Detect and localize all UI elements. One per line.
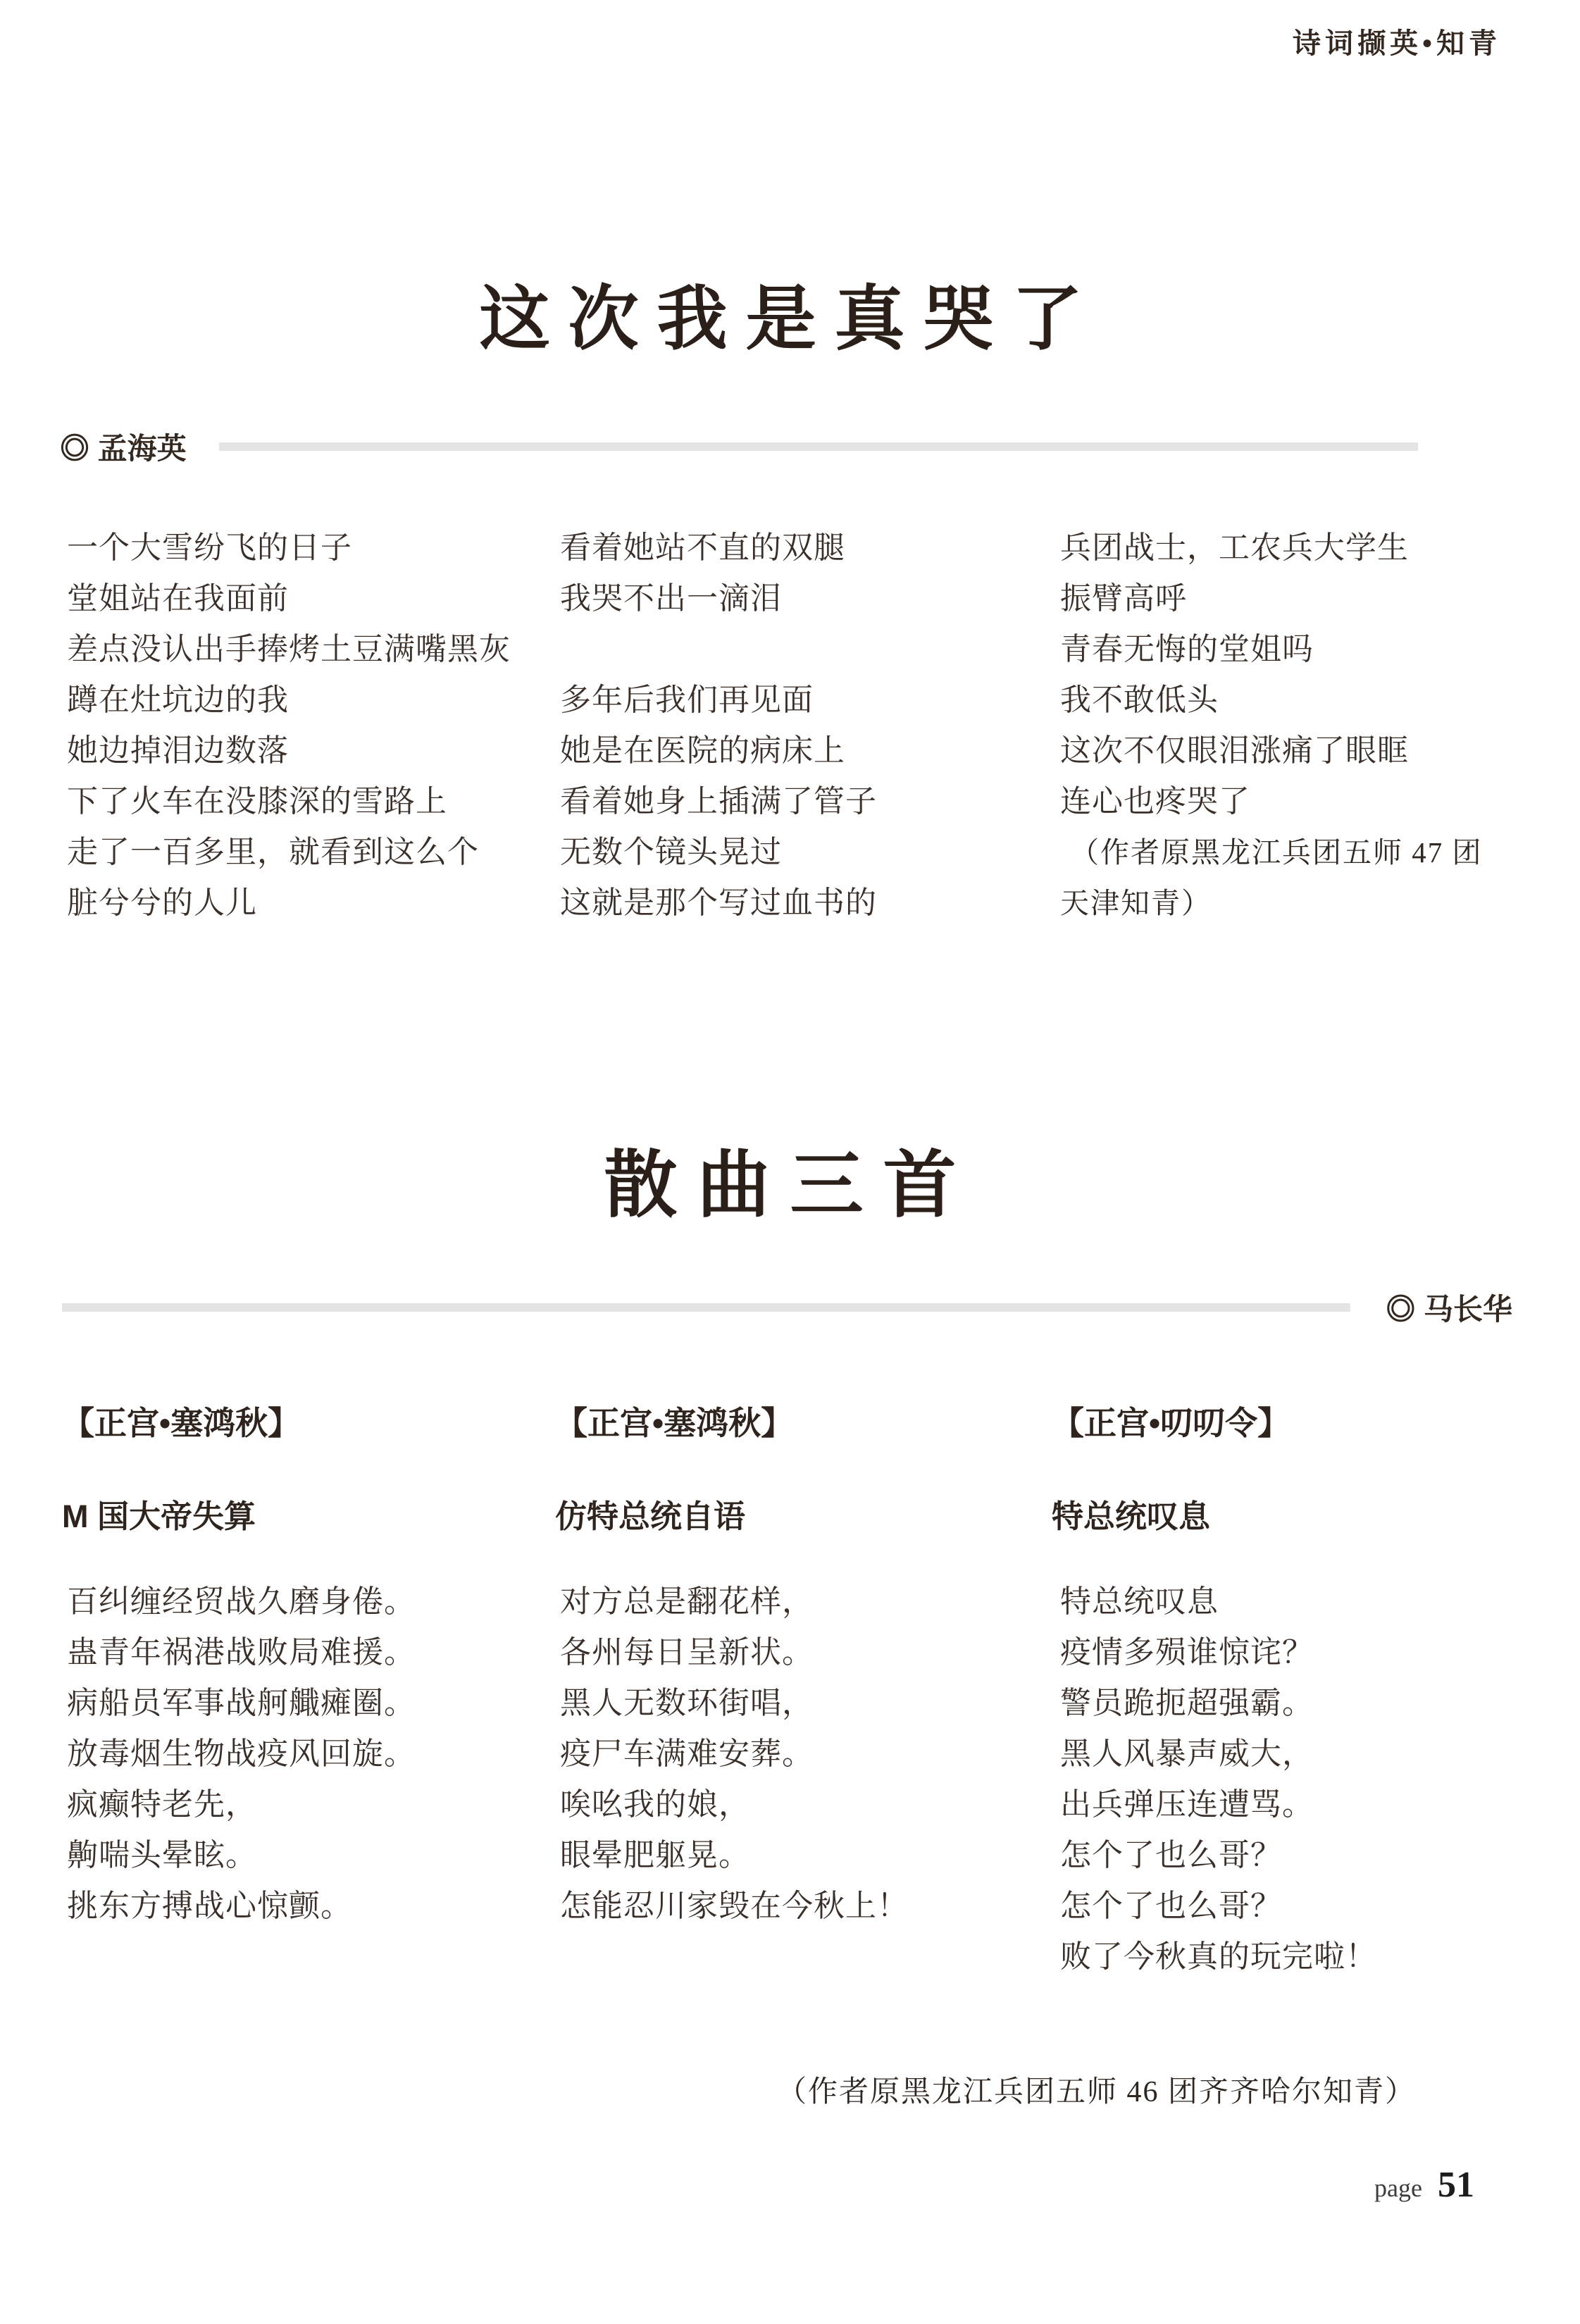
poem-line: 看着她站不直的双腿 [560, 523, 1039, 573]
poem-line: 她是在医院的病床上 [560, 726, 1039, 776]
poem-line: 堂姐站在我面前 [67, 573, 546, 624]
poem-line: 兵团战士，工农兵大学生 [1060, 523, 1525, 573]
poem-line: 蹲在灶坑边的我 [67, 675, 546, 726]
poem-line: 一个大雪纷飞的日子 [67, 523, 546, 573]
poem1-author: ◎ 孟海英 [60, 425, 187, 468]
poem1-column-2: 看着她站不直的双腿 我哭不出一滴泪 多年后我们再见面 她是在医院的病床上 看着她… [560, 523, 1039, 928]
poem2-author: ◎ 马长华 [1386, 1286, 1512, 1329]
poem-line: 黑人无数环街唱， [560, 1678, 1039, 1729]
poem-line: 无数个镜头晃过 [560, 827, 1039, 878]
poem-line: 走了一百多里，就看到这么个 [67, 827, 546, 878]
poem2-column-1: 百纠缠经贸战久磨身倦。 蛊青年祸港战败局难援。 病船员军事战舸艥瘫圈。 放毒烟生… [67, 1577, 546, 1932]
poem-line: 我哭不出一滴泪 [560, 573, 1039, 624]
poem2-tune-2: 【正宫•塞鸿秋】 [555, 1398, 793, 1444]
poem-line: 出兵弹压连遭骂。 [1060, 1779, 1525, 1830]
poem2-title: 散曲三首 [0, 1126, 1580, 1231]
poem-line: 挑东方搏战心惊颤。 [67, 1881, 546, 1932]
poem-line: 黑人风暴声威大， [1060, 1729, 1525, 1779]
poem1-attribution-line: （作者原黑龙江兵团五师 47 团 [1060, 827, 1525, 878]
poem-line: 下了火车在没膝深的雪路上 [67, 776, 546, 827]
poem-line: 我不敢低头 [1060, 675, 1525, 726]
poem1-column-1: 一个大雪纷飞的日子 堂姐站在我面前 差点没认出手捧烤土豆满嘴黑灰 蹲在灶坑边的我… [67, 523, 546, 928]
poem-line: 疫尸车满难安葬。 [560, 1729, 1039, 1779]
poem-line: 怎能忍川家毁在今秋上！ [560, 1881, 1039, 1932]
poem2-subtitle-1: M 国大帝失算 [62, 1491, 256, 1536]
poem-line: 这就是那个写过血书的 [560, 878, 1039, 928]
page-label: page [1374, 2173, 1422, 2203]
poem-line: 唉吆我的娘， [560, 1779, 1039, 1830]
poem-line: 蛊青年祸港战败局难援。 [67, 1627, 546, 1678]
page-header-section-title: 诗词撷英•知青 [1293, 21, 1501, 61]
poem-line: 这次不仅眼泪涨痛了眼眶 [1060, 726, 1525, 776]
poem1-title: 这次我是真哭了 [0, 262, 1580, 363]
poem1-byline: ◎ 孟海英 [60, 425, 1418, 468]
poem2-subtitle-2: 仿特总统自语 [555, 1491, 745, 1536]
poem-line: 连心也疼哭了 [1060, 776, 1525, 827]
poem-line: 齁喘头晕眩。 [67, 1830, 546, 1881]
poem-line: 看着她身上插满了管子 [560, 776, 1039, 827]
poem-line: 青春无悔的堂姐吗 [1060, 624, 1525, 675]
poem-line: 败了今秋真的玩完啦！ [1060, 1932, 1525, 1982]
poem-line: 眼晕肥躯晃。 [560, 1830, 1039, 1881]
page-number: 51 [1438, 2164, 1474, 2206]
poem-line: 多年后我们再见面 [560, 675, 1039, 726]
byline-rule [219, 442, 1418, 451]
poem-line: 百纠缠经贸战久磨身倦。 [67, 1577, 546, 1627]
poem2-column-3: 特总统叹息 疫情多殒谁惊诧？ 警员跪扼超强霸。 黑人风暴声威大， 出兵弹压连遭骂… [1060, 1577, 1525, 1982]
poem-line: 疯癫特老先， [67, 1779, 546, 1830]
poem-line: 警员跪扼超强霸。 [1060, 1678, 1525, 1729]
poem-line: 她边掉泪边数落 [67, 726, 546, 776]
poem1-attribution-line: 天津知青） [1060, 878, 1525, 928]
poem2-tune-3: 【正宫•叨叨令】 [1052, 1398, 1290, 1444]
magazine-page: 诗词撷英•知青 这次我是真哭了 ◎ 孟海英 一个大雪纷飞的日子 堂姐站在我面前 … [0, 0, 1580, 2324]
poem-line: 怎个了也么哥？ [1060, 1830, 1525, 1881]
poem-line: 疫情多殒谁惊诧？ [1060, 1627, 1525, 1678]
poem-line: 对方总是翻花样， [560, 1577, 1039, 1627]
poem-line [560, 624, 1039, 675]
poem2-attribution: （作者原黑龙江兵团五师 46 团齐齐哈尔知青） [777, 2068, 1416, 2111]
poem-line: 差点没认出手捧烤土豆满嘴黑灰 [67, 624, 546, 675]
poem-line: 病船员军事战舸艥瘫圈。 [67, 1678, 546, 1729]
poem1-column-3: 兵团战士，工农兵大学生 振臂高呼 青春无悔的堂姐吗 我不敢低头 这次不仅眼泪涨痛… [1060, 523, 1525, 928]
poem-line: 放毒烟生物战疫风回旋。 [67, 1729, 546, 1779]
byline-rule [62, 1303, 1350, 1312]
poem-line: 怎个了也么哥？ [1060, 1881, 1525, 1932]
poem-line: 振臂高呼 [1060, 573, 1525, 624]
poem2-column-2: 对方总是翻花样， 各州每日呈新状。 黑人无数环街唱， 疫尸车满难安葬。 唉吆我的… [560, 1577, 1039, 1932]
page-footer: page 51 [1374, 2164, 1474, 2206]
poem2-tune-1: 【正宫•塞鸿秋】 [62, 1398, 300, 1444]
poem2-subtitle-3: 特总统叹息 [1052, 1491, 1210, 1536]
poem-line: 脏兮兮的人儿 [67, 878, 546, 928]
poem-line: 各州每日呈新状。 [560, 1627, 1039, 1678]
poem2-byline: ◎ 马长华 [62, 1286, 1512, 1329]
poem-line: 特总统叹息 [1060, 1577, 1525, 1627]
